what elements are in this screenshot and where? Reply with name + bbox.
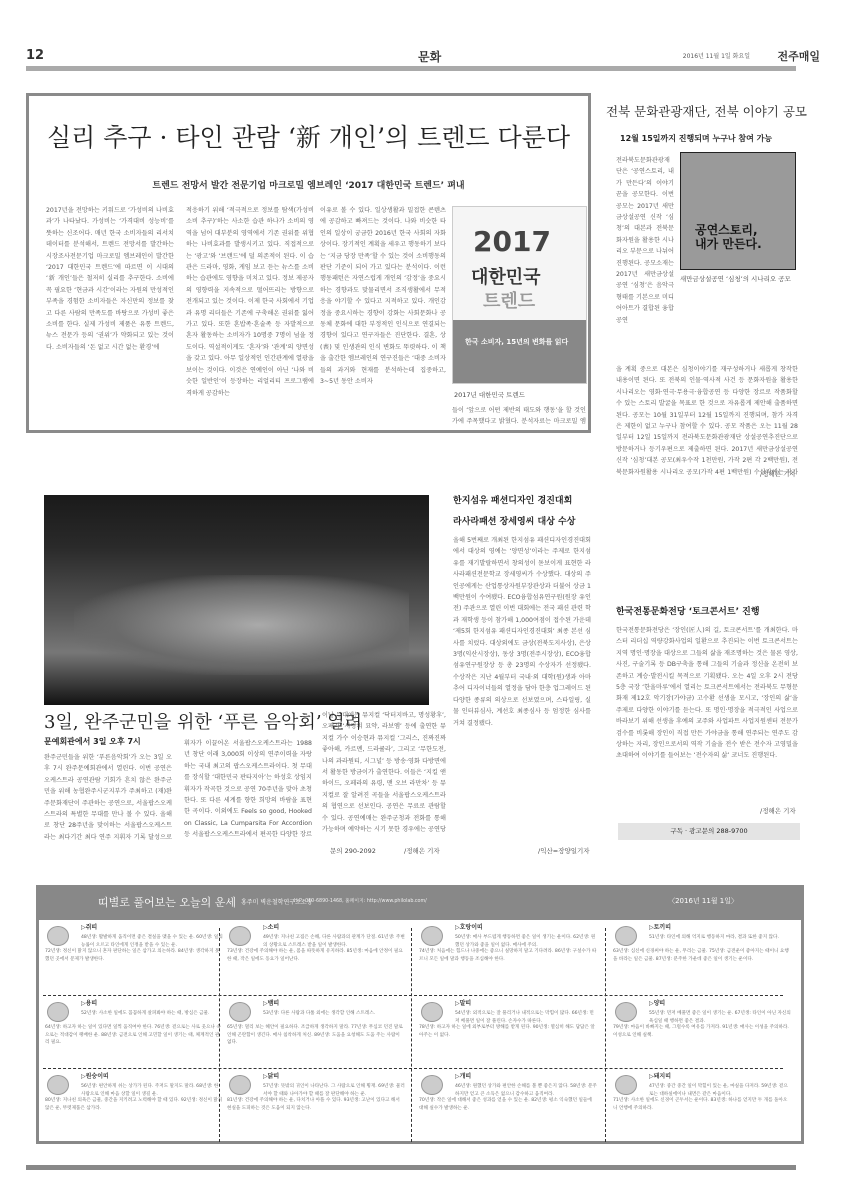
hanji-article-subtitle: 라사라패션 장세영씨 대상 수상 bbox=[453, 514, 575, 527]
book-title-line2: 트렌드 bbox=[483, 287, 535, 313]
fortune-contact: H.P: 010-6890-1468, 홈페이지: http://www.phi… bbox=[294, 897, 427, 904]
footer-rule bbox=[26, 1165, 796, 1170]
fortune-horse: ▷말띠54년생: 외적으로는 잘 풀리거나 내적으로는 막힘이 많다. 66년생… bbox=[417, 996, 599, 1071]
concert-article-col2: 휘자가 이끌어온 서울팝스오케스트라는 1988년 창단 이래 3,000회 이… bbox=[184, 738, 312, 842]
rabbit-icon bbox=[615, 926, 637, 946]
tiger-icon bbox=[421, 926, 443, 946]
snake-icon bbox=[229, 1002, 251, 1022]
trend-article-col1: 2017년을 전망하는 키워드로 ‘가성비의 나비효과’가 나타났다. 가성비는… bbox=[46, 205, 174, 427]
pig-icon bbox=[615, 1075, 637, 1095]
book-title-line1: 대한민국 bbox=[471, 263, 541, 289]
book-band-text: 한국 소비자, 15년의 변화를 읽다 bbox=[465, 337, 568, 347]
fortune-header: 띠별로 풀어보는 오늘의 운세 홍주미 벽운철학연구소소장 H.P: 010-6… bbox=[36, 885, 804, 920]
fortune-date: 〈2016년 11월 1일〉 bbox=[668, 896, 738, 906]
talk-concert-title: 한국전통문화전당 ‘토크콘서트’ 진행 bbox=[616, 604, 760, 617]
fortune-snake: ▷뱀띠53년생: 다른 사람과 다툼 외에는 생각할 인해 스트레스.65년생:… bbox=[225, 996, 407, 1071]
trend-article-subtitle: 트렌드 전망서 발간 전문기업 마크로밀 엠브레인 ‘2017 대한민국 트렌드… bbox=[26, 178, 591, 191]
page-header: 12 문화 2016년 11월 1일 화요일 전주매일 bbox=[26, 48, 820, 66]
concert-article-subtitle: 문예회관에서 3일 오후 7시 bbox=[44, 736, 141, 747]
fortune-ox: ▷소띠49년생: 지나친 고집은 손해, 다른 사람과의 관계가 단절. 61년… bbox=[225, 920, 407, 995]
poster-caption: 새만금상설공연 ‘심청’의 시나리오 공모 bbox=[680, 274, 791, 283]
poster-line1: 공연스토리, bbox=[695, 223, 762, 237]
hanji-article-title: 한지섬유 패션디자인 경진대회 bbox=[453, 493, 572, 506]
trend-article-col3: 이유로 볼 수 있다. 일상생활과 밀접한 콘텐츠에 공감하고 빠져드는 것이다… bbox=[320, 205, 446, 427]
fortune-pig: ▷돼지띠47년생: 중간 중간 일이 막힐이 있는 운, 마실을 다져라. 59… bbox=[611, 1069, 793, 1144]
trend-article-col2: 적응하기 위해 ‘적극적으로 정보를 탐색(가성비 소비 추구)’하는 사소한 … bbox=[186, 205, 314, 427]
subscription-ad: 구독 · 광고문의 288-9700 bbox=[618, 823, 800, 840]
fortune-monkey: ▷원숭이띠56년생: 편안하게 쉬는 상가가 된다. 주저도 말지도 말라. 6… bbox=[43, 1069, 225, 1144]
trend-article-title: 실리 추구 · 타인 관람 ‘新 개인’의 트렌드 다룬다 bbox=[26, 118, 591, 154]
talk-concert-byline: /정해은 기자 bbox=[760, 806, 796, 815]
contest-poster-image: 공연스토리, 내가 만든다. bbox=[680, 152, 796, 270]
trend-article-col4-visible: 들이 ‘앞으로 어떤 제반의 태도와 행동’을 할 것인가에 주목했다고 밝혔다… bbox=[452, 405, 586, 427]
story-contest-subtitle: 12월 15일까지 진행되며 누구나 참여 가능 bbox=[620, 133, 772, 144]
dog-icon bbox=[421, 1075, 443, 1095]
hanji-article-body: 올해 5번째로 개최된 한지섬유 패션디자인경진대회에서 대상의 영예는 ‘양면… bbox=[453, 535, 591, 803]
rat-icon bbox=[47, 926, 69, 946]
fortune-sheep: ▷양띠55년생: 먼저 베풀면 좋은 일이 생기는 운. 67년생: 타인이 아… bbox=[611, 996, 793, 1071]
sheep-icon bbox=[615, 1002, 637, 1022]
issue-date: 2016년 11월 1일 화요일 bbox=[683, 51, 750, 60]
newspaper-brand: 전주매일 bbox=[777, 48, 820, 64]
hanji-article-byline: /익산=장양일기자 bbox=[538, 846, 590, 855]
orchestra-photo bbox=[44, 495, 429, 705]
fortune-dragon: ▷용띠52년생: 사소한 일에도 꼼꼼하게 살펴봐야 하는 때, 방심은 금물.… bbox=[43, 996, 225, 1071]
story-contest-body: 을 계획 중으로 대본은 심청이야기를 재구성하거나 새롭게 창작한 내용이면 … bbox=[616, 364, 798, 476]
rooster-icon bbox=[229, 1075, 251, 1095]
fortune-title: 띠별로 풀어보는 오늘의 운세 bbox=[98, 894, 236, 910]
poster-line2: 내가 만든다. bbox=[695, 237, 762, 251]
fortune-rabbit: ▷토끼띠51년생: 타인에 의해 억지로 행동하지 마라, 결과 또한 좋지 않… bbox=[611, 920, 793, 995]
book-year: 2017 bbox=[473, 225, 551, 258]
story-contest-intro: 전라북도문화관광재단은 ‘공연스토리, 내가 만든다’의 이야기꾼을 공모한다.… bbox=[616, 155, 674, 365]
fortune-grid: ▷쥐띠48년생: 활발하게 움직이면 좋은 결실을 맺을 수 있는 운. 60년… bbox=[36, 920, 804, 1144]
concert-article-col1: 완주군민들을 위한 ‘푸른음악회’가 오는 3일 오후 7시 완주문예회관에서 … bbox=[44, 752, 172, 842]
concert-byline: /정해은 기자 bbox=[404, 846, 440, 855]
fortune-rat: ▷쥐띠48년생: 활발하게 움직이면 좋은 결실을 맺을 수 있는 운. 60년… bbox=[43, 920, 225, 995]
book-caption: 2017년 대한민국 트렌드 bbox=[454, 390, 525, 399]
talk-concert-body: 한국전통문화전당은 ‘장인(匠人)의 길, 토크콘서트’를 개최한다. 마스터 … bbox=[616, 625, 798, 811]
header-rule bbox=[26, 66, 796, 71]
fortune-tiger: ▷호랑이띠50년생: 매사 부드럽게 행동하면 좋은 일이 생기는 운이다. 6… bbox=[417, 920, 599, 995]
monkey-icon bbox=[47, 1075, 69, 1095]
book-cover-image: 2017 대한민국 트렌드 한국 소비자, 15년의 변화를 읽다 bbox=[452, 206, 587, 384]
dragon-icon bbox=[47, 1002, 69, 1022]
concert-article-col3: 이날 무대에는 뮤지컬 ‘닥터지바고, 명성황후’, 오페라 ‘사랑의 묘약, … bbox=[322, 710, 446, 834]
horse-icon bbox=[421, 1002, 443, 1022]
fortune-rooster: ▷닭띠57년생: 뜻밖의 귀인이 나타난다. 그 사람으로 인해 횡재. 69년… bbox=[225, 1069, 407, 1144]
ox-icon bbox=[229, 926, 251, 946]
fortune-dog: ▷개띠46년생: 원했던 상가와 편안한 손해를 볼 뿐 좋은지 않다. 58년… bbox=[417, 1069, 599, 1144]
story-contest-byline: /정해은 기자 bbox=[760, 469, 796, 478]
page-number: 12 bbox=[26, 48, 44, 63]
story-contest-title: 전북 문화관광재단, 전북 이야기 공모 bbox=[606, 102, 807, 120]
section-title: 문화 bbox=[418, 48, 441, 65]
concert-article-title: 3일, 완주군민을 위한 ‘푸른 음악회’ 열려 bbox=[44, 708, 362, 734]
concert-contact: 문의 290-2092 bbox=[330, 846, 376, 855]
